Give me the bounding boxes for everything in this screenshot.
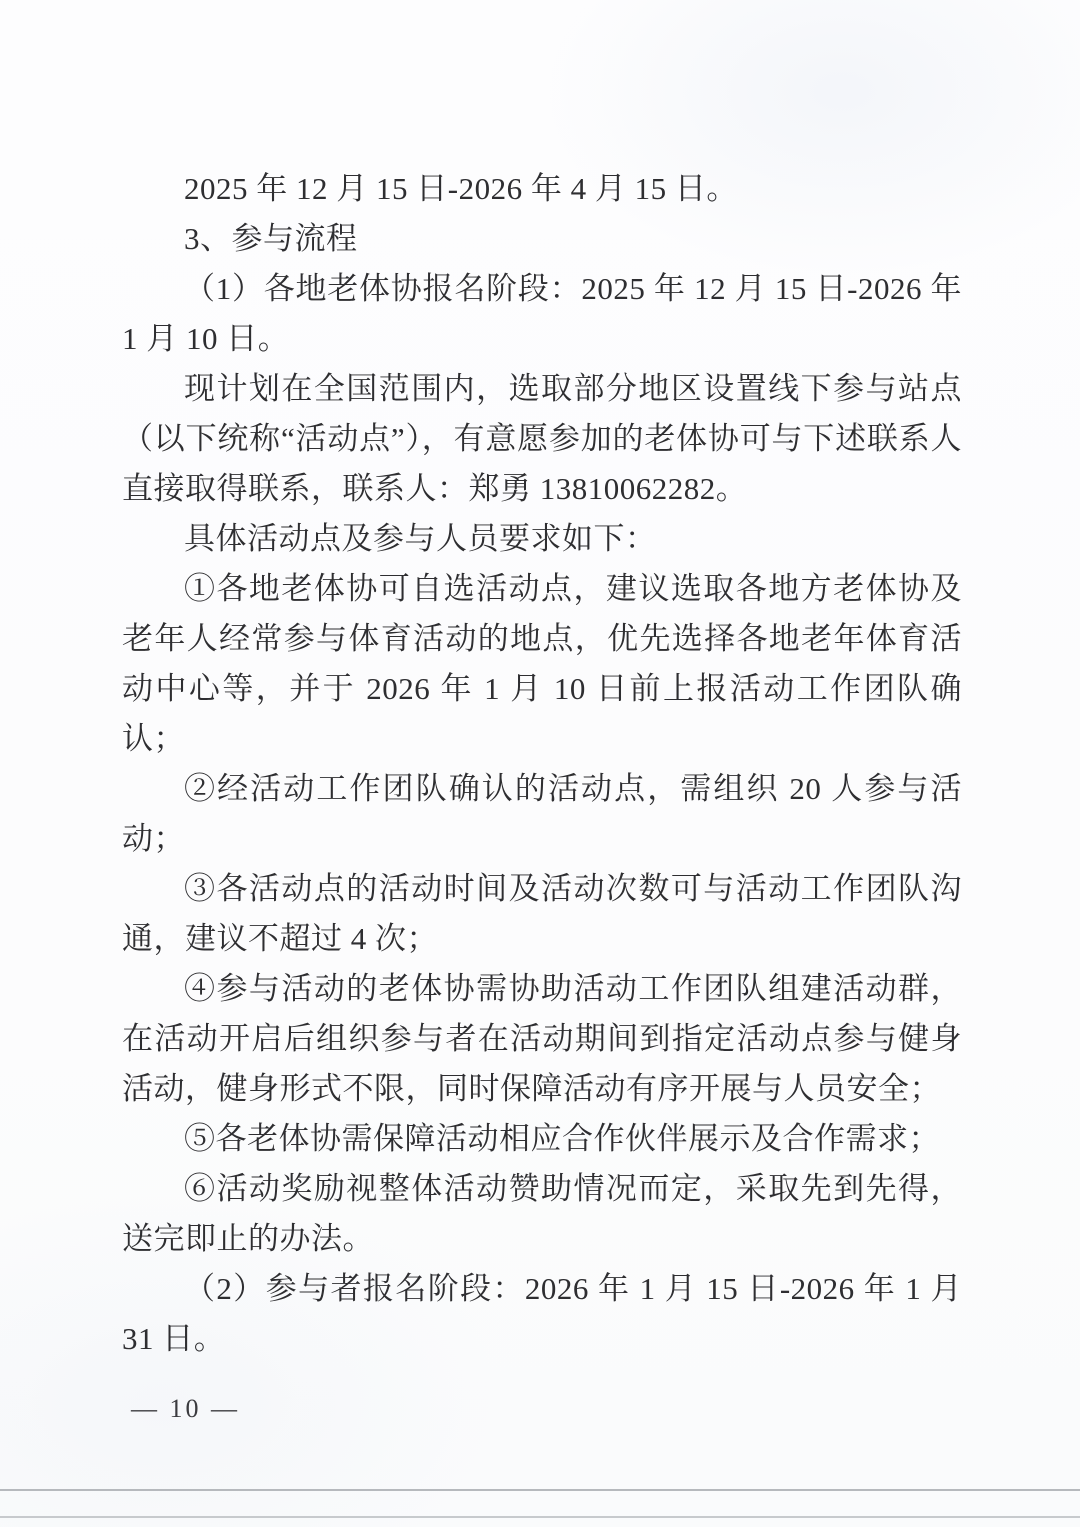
paragraph-date-range: 2025 年 12 月 15 日-2026 年 4 月 15 日。 [122,164,962,214]
paragraph-item-3: ③各活动点的活动时间及活动次数可与活动工作团队沟通，建议不超过 4 次； [122,864,962,964]
paragraph-item-2: ②经活动工作团队确认的活动点，需组织 20 人参与活动； [122,764,962,864]
paragraph-section-heading: 3、参与流程 [122,214,962,264]
paragraph-requirements-intro: 具体活动点及参与人员要求如下： [122,514,962,564]
paragraph-item-4: ④参与活动的老体协需协助活动工作团队组建活动群，在活动开启后组织参与者在活动期间… [122,964,962,1114]
paragraph-item-6: ⑥活动奖励视整体活动赞助情况而定，采取先到先得，送完即止的办法。 [122,1164,962,1264]
paragraph-stage-1: （1）各地老体协报名阶段：2025 年 12 月 15 日-2026 年 1 月… [122,264,962,364]
paragraph-item-1: ①各地老体协可自选活动点，建议选取各地方老体协及老年人经常参与体育活动的地点，优… [122,564,962,764]
paragraph-item-5: ⑤各老体协需保障活动相应合作伙伴展示及合作需求； [122,1114,962,1164]
scan-artifact-line-2 [0,1516,1080,1518]
paragraph-stage-2: （2）参与者报名阶段：2026 年 1 月 15 日-2026 年 1 月 31… [122,1264,962,1364]
scan-artifact-line-1 [0,1489,1080,1491]
document-body: 2025 年 12 月 15 日-2026 年 4 月 15 日。 3、参与流程… [122,164,962,1364]
document-page: 2025 年 12 月 15 日-2026 年 4 月 15 日。 3、参与流程… [0,0,1080,1527]
page-number: — 10 — [131,1394,240,1424]
paragraph-plan-contact: 现计划在全国范围内，选取部分地区设置线下参与站点（以下统称“活动点”），有意愿参… [122,364,962,514]
